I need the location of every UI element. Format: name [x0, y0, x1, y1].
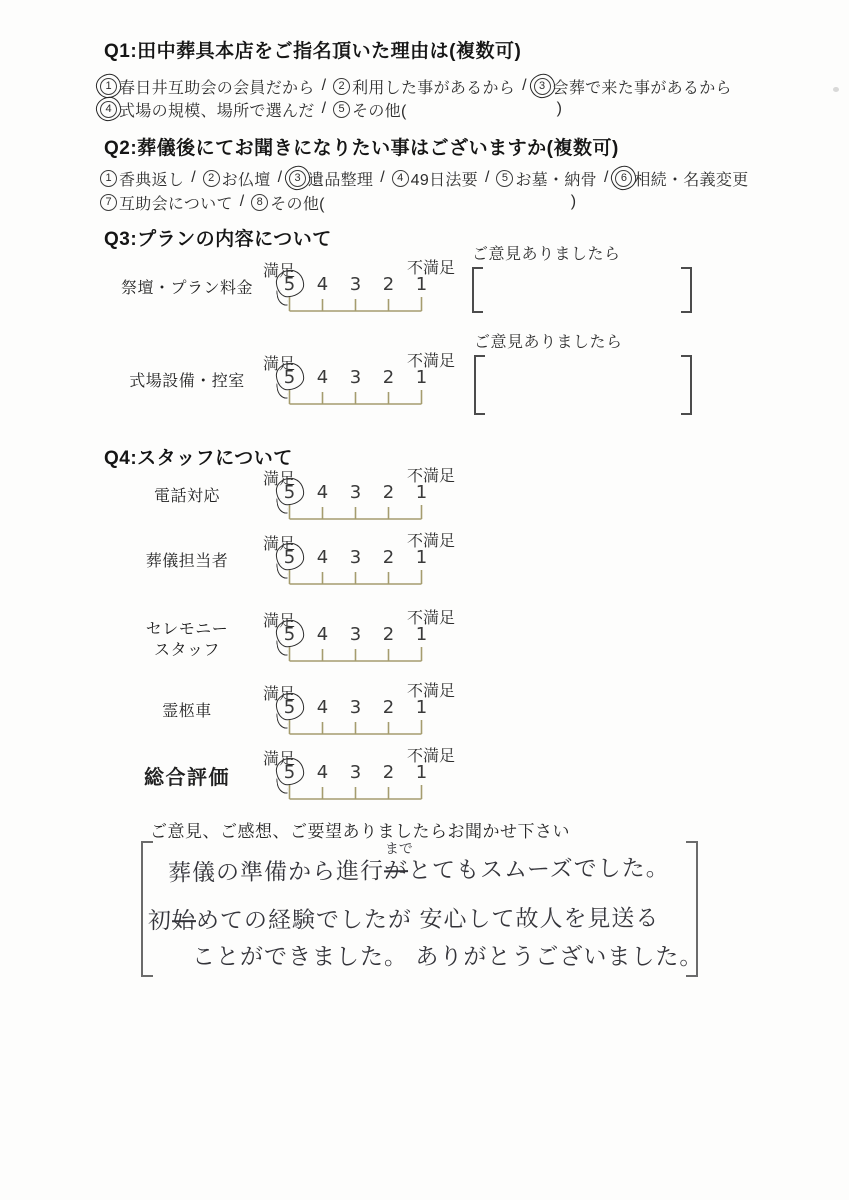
- q2-options-line1: 1 香典返し / 2 お仏壇 / 3 遺品整理 / 4 49日法要 / 5 お墓…: [100, 168, 749, 188]
- rating-scale: 5 4 3 2 1: [273, 274, 438, 295]
- option-circle-number: 2: [203, 170, 220, 187]
- rating-scale: 5 4 3 2 1: [273, 624, 438, 645]
- q2-option-3: 3 遺品整理: [289, 167, 373, 190]
- option-separator: /: [380, 169, 384, 187]
- handwriting-text: 葬儀の準備から進行: [168, 857, 384, 885]
- scale-number-4: 4: [306, 547, 339, 568]
- option-label: その他(: [270, 191, 325, 214]
- option-circle-number: 8: [251, 194, 268, 211]
- q3-heading: Q3:プランの内容について: [104, 224, 332, 251]
- inline-comment-label: ご意見ありましたら: [472, 241, 692, 264]
- option-label: 遺品整理: [308, 167, 373, 190]
- handwriting-text: とてもスムーズでした。: [408, 854, 670, 883]
- option-circle-number: 1: [100, 170, 117, 187]
- option-circle-number: 3: [289, 170, 306, 187]
- scale-number-3: 3: [339, 697, 372, 718]
- option-circle-number: 4: [392, 170, 409, 187]
- option-circle-number: 4: [100, 101, 117, 118]
- q2-option-1: 1 香典返し: [100, 167, 184, 190]
- rating-row-hearse: 霊柩車 満足 不満足 5 4 3 2 1: [0, 681, 849, 745]
- option-separator: /: [322, 100, 326, 118]
- rating-row-overall: 総合評価 満足 不満足 5 4 3 2 1: [0, 746, 849, 810]
- scale-number-5: 5: [273, 482, 306, 503]
- rating-row-label: 式場設備・控室: [116, 371, 258, 392]
- scale-number-3: 3: [339, 274, 372, 295]
- scale-number-5: 5: [273, 762, 306, 783]
- scale-number-1: 1: [405, 482, 438, 503]
- option-separator: /: [522, 77, 526, 95]
- q1-option-1: 1 春日井互助会の会員だから: [100, 75, 315, 98]
- rating-scale: 5 4 3 2 1: [273, 697, 438, 718]
- handwritten-line-2: 初始めての経験でしたが 安心して故人を見送る: [148, 900, 660, 936]
- comment-box: [474, 355, 692, 415]
- handwriting-text: めての経験でしたが 安心して故人を見送る: [196, 905, 660, 933]
- rating-row-director: 葬儀担当者 満足 不満足 5 4 3 2 1: [0, 531, 849, 595]
- rating-row-plan-fee: 祭壇・プラン料金 満足 不満足 5 4 3 2 1: [0, 258, 849, 322]
- q2-heading: Q2:葬儀後にてお聞きになりたい事はございますか(複数可): [104, 133, 619, 160]
- q2-option-8: 8 その他(: [251, 191, 325, 214]
- handwriting-text: 初: [148, 907, 172, 933]
- scale-number-1: 1: [405, 274, 438, 295]
- option-label: その他(: [352, 98, 407, 121]
- free-comment-prompt: ご意見、ご感想、ご要望ありましたらお聞かせ下さい: [150, 817, 570, 842]
- scale-number-4: 4: [306, 482, 339, 503]
- option-circle-number: 1: [100, 78, 117, 95]
- closing-paren: ): [557, 100, 562, 118]
- option-separator: /: [191, 169, 195, 187]
- scale-number-4: 4: [306, 697, 339, 718]
- rating-row-label: 総合評価: [116, 768, 258, 789]
- scale-number-2: 2: [372, 624, 405, 645]
- scale-number-2: 2: [372, 762, 405, 783]
- scale-number-4: 4: [306, 367, 339, 388]
- q2-option-7: 7 互助会について: [100, 191, 233, 214]
- q2-option-5: 5 お墓・納骨: [496, 167, 597, 190]
- scale-number-1: 1: [405, 367, 438, 388]
- scale-number-1: 1: [405, 762, 438, 783]
- q2-option-2: 2 お仏壇: [203, 167, 271, 190]
- scale-number-2: 2: [372, 547, 405, 568]
- scale-number-2: 2: [372, 367, 405, 388]
- rating-row-venue: 式場設備・控室 満足 不満足 5 4 3 2 1: [0, 351, 849, 415]
- option-label: 式場の規模、場所で選んだ: [119, 98, 315, 121]
- q1-option-3: 3 会葬で来た事があるから: [534, 75, 732, 98]
- inline-comment-venue: ご意見ありましたら: [474, 329, 692, 415]
- handwritten-line-3: ことができました。 ありがとうございました。: [192, 938, 703, 971]
- q2-option-6: 6 相続・名義変更: [615, 167, 748, 190]
- q1-option-4: 4 式場の規模、場所で選んだ: [100, 98, 315, 121]
- rating-scale: 5 4 3 2 1: [273, 482, 438, 503]
- q1-options-line2: 4 式場の規模、場所で選んだ / 5 その他( ): [100, 99, 562, 119]
- scan-artifact-dot: [833, 87, 839, 92]
- scale-ruler: [273, 718, 439, 737]
- option-separator: /: [278, 169, 282, 187]
- scale-number-1: 1: [405, 697, 438, 718]
- option-circle-number: 5: [496, 170, 513, 187]
- option-label: 互助会について: [119, 191, 233, 214]
- option-circle-number: 3: [534, 78, 551, 95]
- option-circle-number: 2: [333, 78, 350, 95]
- scale-number-5: 5: [273, 697, 306, 718]
- option-separator: /: [485, 169, 489, 187]
- option-label: 相続・名義変更: [634, 167, 748, 190]
- inserted-text: まで: [385, 838, 413, 858]
- rating-row-label: 葬儀担当者: [116, 551, 258, 572]
- scale-number-5: 5: [273, 624, 306, 645]
- struck-text: が: [384, 857, 408, 883]
- option-circle-number: 5: [333, 101, 350, 118]
- q1-heading: Q1:田中葬具本店をご指名頂いた理由は(複数可): [104, 36, 521, 63]
- option-label: 香典返し: [119, 167, 184, 190]
- comment-box: [472, 267, 692, 313]
- scale-number-1: 1: [405, 624, 438, 645]
- q1-option-2: 2 利用した事があるから: [333, 75, 515, 98]
- inline-comment-label: ご意見ありましたら: [474, 329, 692, 352]
- rating-scale: 5 4 3 2 1: [273, 762, 438, 783]
- scale-number-4: 4: [306, 762, 339, 783]
- option-label: 会葬で来た事があるから: [553, 75, 732, 98]
- option-separator: /: [322, 77, 326, 95]
- scale-number-5: 5: [273, 274, 306, 295]
- scale-ruler: [273, 568, 439, 587]
- rating-row-label: セレモニー スタッフ: [116, 619, 258, 661]
- scale-number-5: 5: [273, 367, 306, 388]
- scale-number-4: 4: [306, 624, 339, 645]
- q2-option-4: 4 49日法要: [392, 167, 478, 190]
- scale-number-4: 4: [306, 274, 339, 295]
- scale-number-2: 2: [372, 697, 405, 718]
- q1-options-line1: 1 春日井互助会の会員だから / 2 利用した事があるから / 3 会葬で来た事…: [100, 76, 732, 96]
- struck-text: 始: [172, 907, 196, 933]
- scale-ruler: [273, 783, 439, 802]
- scale-number-3: 3: [339, 624, 372, 645]
- scale-number-2: 2: [372, 482, 405, 503]
- option-label: お墓・納骨: [515, 167, 597, 190]
- option-circle-number: 7: [100, 194, 117, 211]
- scale-number-2: 2: [372, 274, 405, 295]
- option-label: 春日井互助会の会員だから: [119, 75, 315, 98]
- option-label: 利用した事があるから: [352, 75, 515, 98]
- rating-row-label: 霊柩車: [116, 701, 258, 722]
- rating-row-label: 祭壇・プラン料金: [116, 278, 258, 299]
- rating-row-label: 電話対応: [116, 486, 258, 507]
- option-label: お仏壇: [222, 167, 271, 190]
- scale-number-5: 5: [273, 547, 306, 568]
- option-separator: /: [604, 169, 608, 187]
- inline-comment-plan-fee: ご意見ありましたら: [472, 241, 692, 313]
- handwritten-correction: がまで: [384, 852, 408, 885]
- rating-scale: 5 4 3 2 1: [273, 367, 438, 388]
- scale-number-3: 3: [339, 547, 372, 568]
- scale-number-3: 3: [339, 482, 372, 503]
- scale-number-1: 1: [405, 547, 438, 568]
- scale-ruler: [273, 503, 439, 522]
- option-label: 49日法要: [411, 167, 478, 190]
- scale-ruler: [273, 388, 439, 407]
- survey-form-page: Q1:田中葬具本店をご指名頂いた理由は(複数可) 1 春日井互助会の会員だから …: [0, 0, 849, 1200]
- closing-paren: ): [571, 193, 576, 211]
- rating-scale: 5 4 3 2 1: [273, 547, 438, 568]
- scale-ruler: [273, 295, 439, 314]
- rating-row-ceremony-staff: セレモニー スタッフ 満足 不満足 5 4 3 2 1: [0, 608, 849, 672]
- rating-row-phone: 電話対応 満足 不満足 5 4 3 2 1: [0, 466, 849, 530]
- scale-ruler: [273, 645, 439, 664]
- q2-options-line2: 7 互助会について / 8 その他( ): [100, 192, 576, 212]
- option-separator: /: [240, 193, 244, 211]
- q1-option-5: 5 その他(: [333, 98, 407, 121]
- scale-number-3: 3: [339, 762, 372, 783]
- handwritten-line-1: 葬儀の準備から進行がまでとてもスムーズでした。: [168, 849, 670, 887]
- scale-number-3: 3: [339, 367, 372, 388]
- option-circle-number: 6: [615, 170, 632, 187]
